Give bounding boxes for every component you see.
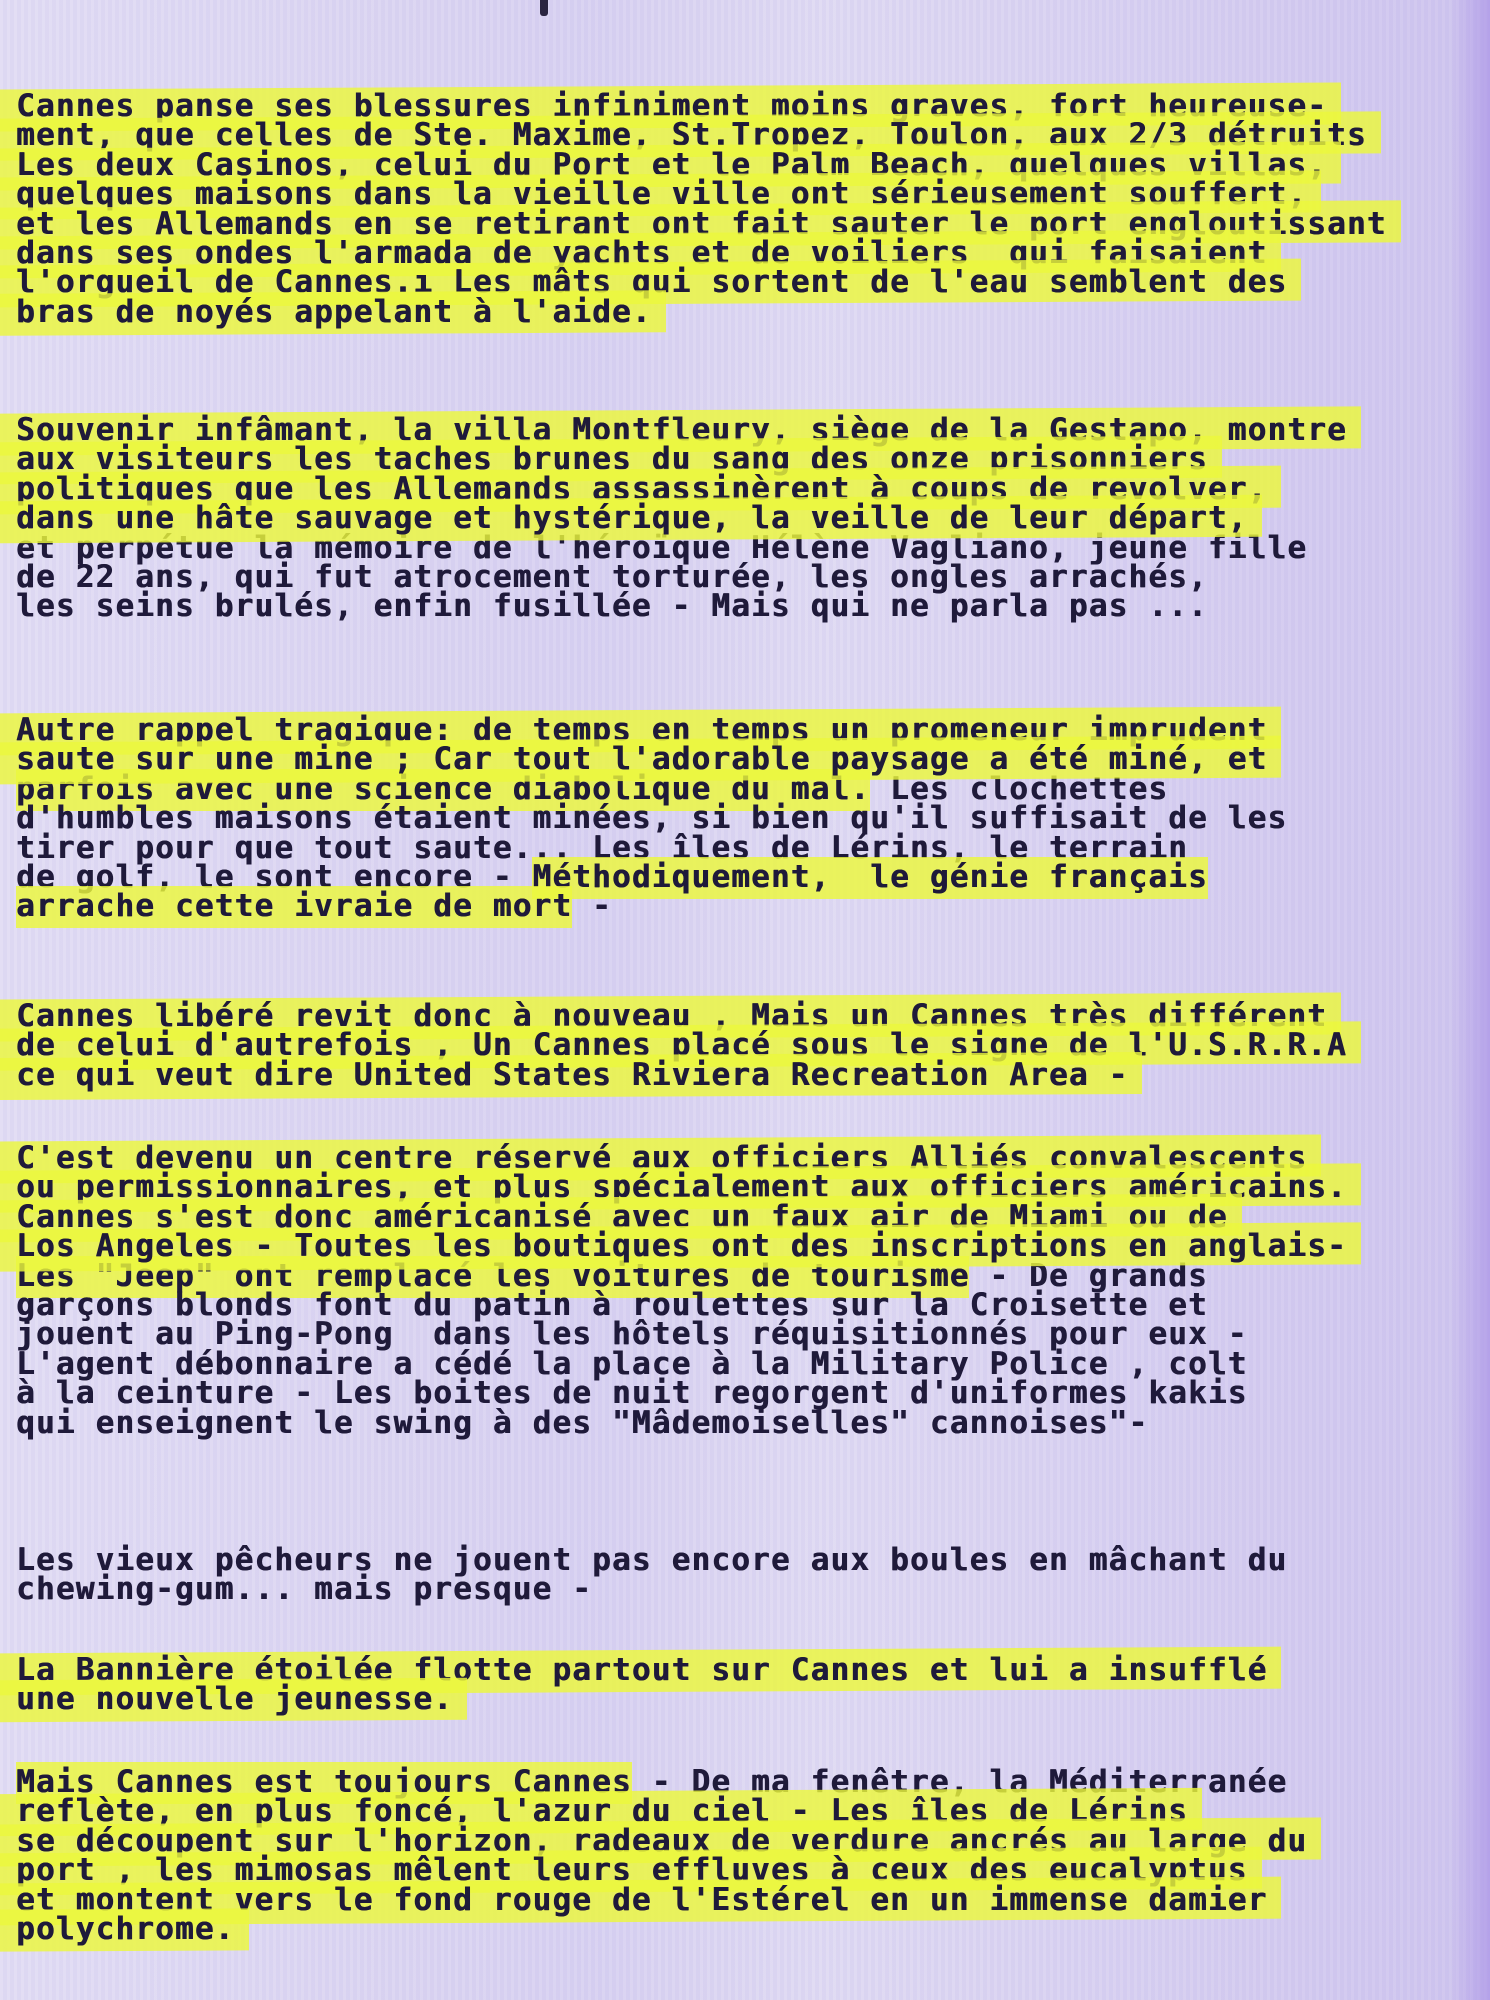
ink-mark [540,0,548,16]
text-line: les seins brulés, enfin fusillée - Mais … [16,588,1208,624]
highlighted-phrase: arrache cette ivraie de mort [16,886,572,928]
document-page: Cannes panse ses blessures infiniment mo… [0,0,1490,2000]
text-line: une nouvelle jeunesse. [16,1681,453,1717]
text-line: ce qui veut dire United States Riviera R… [16,1057,1128,1093]
text-line: saute sur une mine ; Car tout l'adorable… [16,741,1267,777]
text-line: qui enseignent le swing à des "Mâdemoise… [16,1405,1148,1441]
text-line: Los Angeles - Toutes les boutiques ont d… [16,1228,1347,1264]
text-line: chewing-gum... mais presque - [16,1571,592,1607]
text-line: polychrome. [16,1911,235,1947]
text-line: arrache cette ivraie de mort - [16,888,612,924]
highlighted-phrase: Méthodiquement, le génie français [532,857,1207,899]
text-line: bras de noyés appelant à l'aide. [16,294,652,330]
paper-edge-shadow [1450,0,1490,2000]
text-line: dans une hâte sauvage et hystérique, la … [16,500,1248,536]
